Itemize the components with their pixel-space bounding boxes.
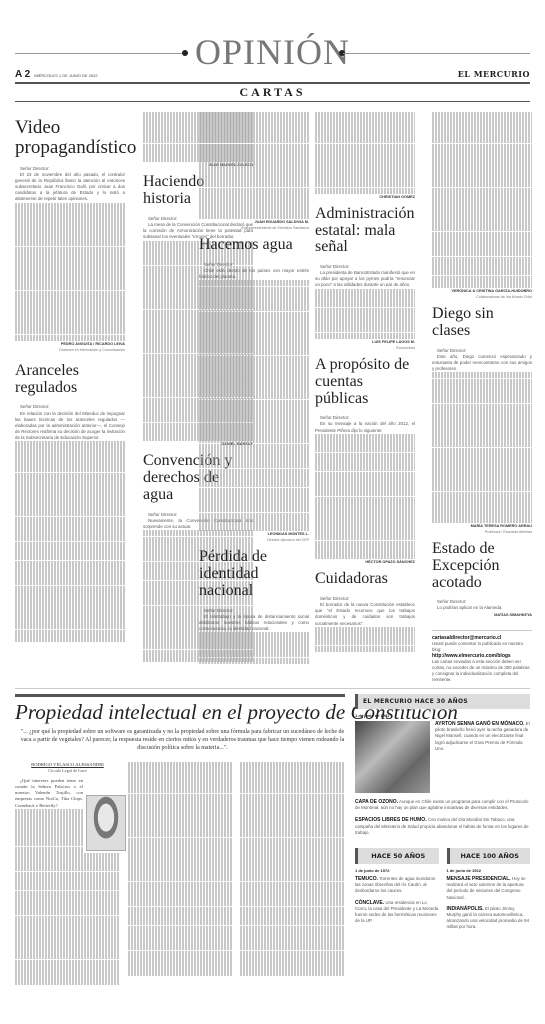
divider	[15, 688, 530, 692]
column-3: JUAN EDUARDO SALDIVIA M.Exsuperintendent…	[199, 112, 309, 664]
letter-title: Aranceles regulados	[15, 363, 125, 397]
letter-title: Diego sin clases	[432, 306, 532, 340]
contact-email[interactable]: cartasaldirector@mercurio.cl	[432, 635, 501, 641]
contact-box: cartasaldirector@mercurio.cl Usted puede…	[432, 630, 532, 684]
column-5: VERÓNICA & CRISTINA GARCÍA-HUIDOBROColab…	[432, 112, 532, 683]
letter-title: Administración estatal: mala señal	[315, 206, 415, 256]
feature-title: Propiedad intelectual en el proyecto de …	[15, 700, 350, 725]
blog-link[interactable]: http://www.elmercurio.com/blogs	[432, 653, 511, 659]
page-number: A 2MIÉRCOLES 1 DE JUNIO DE 2022	[15, 69, 98, 80]
hace-50-anos: HACE 50 AÑOS 1 de junio de 1972 TEMUCO. …	[355, 848, 439, 931]
divider	[15, 694, 345, 697]
sidebar-title: EL MERCURIO HACE 30 AÑOS	[355, 694, 530, 709]
senna-photo	[355, 721, 430, 793]
letter-title: Cuidadoras	[315, 571, 415, 588]
masthead: OPINIÓN A 2MIÉRCOLES 1 DE JUNIO DE 2022 …	[15, 45, 530, 75]
feature-lead: "... ¿por qué la propiedad sobre un soft…	[15, 728, 350, 753]
letter-title: Estado de Excepción acotado	[432, 541, 532, 591]
letter-title: A propósito de cuentas públicas	[315, 357, 415, 407]
author-photo	[86, 795, 126, 851]
date: MIÉRCOLES 1 DE JUNIO DE 2022	[34, 73, 97, 78]
hace-100-anos: HACE 100 AÑOS 1 de junio de 1922 MENSAJE…	[447, 848, 531, 931]
letter-title: Pérdida de identidad nacional	[199, 549, 309, 599]
column-4: CHRISTIAN GOMEZ Administración estatal: …	[315, 112, 415, 652]
feature-column-2	[128, 762, 233, 976]
brand-logo: EL MERCURIO	[458, 69, 530, 79]
cartas-header: CARTAS	[15, 82, 530, 102]
letter-title: Hacemos agua	[199, 237, 309, 254]
feature-column-3	[240, 762, 345, 976]
history-sidebar: EL MERCURIO HACE 30 AÑOS 1 de junio de 1…	[355, 694, 530, 931]
letter-title: Video propagandístico	[15, 118, 125, 158]
column-1: Video propagandístico Señor Director:El …	[15, 112, 125, 642]
section-title: OPINIÓN	[15, 31, 530, 73]
